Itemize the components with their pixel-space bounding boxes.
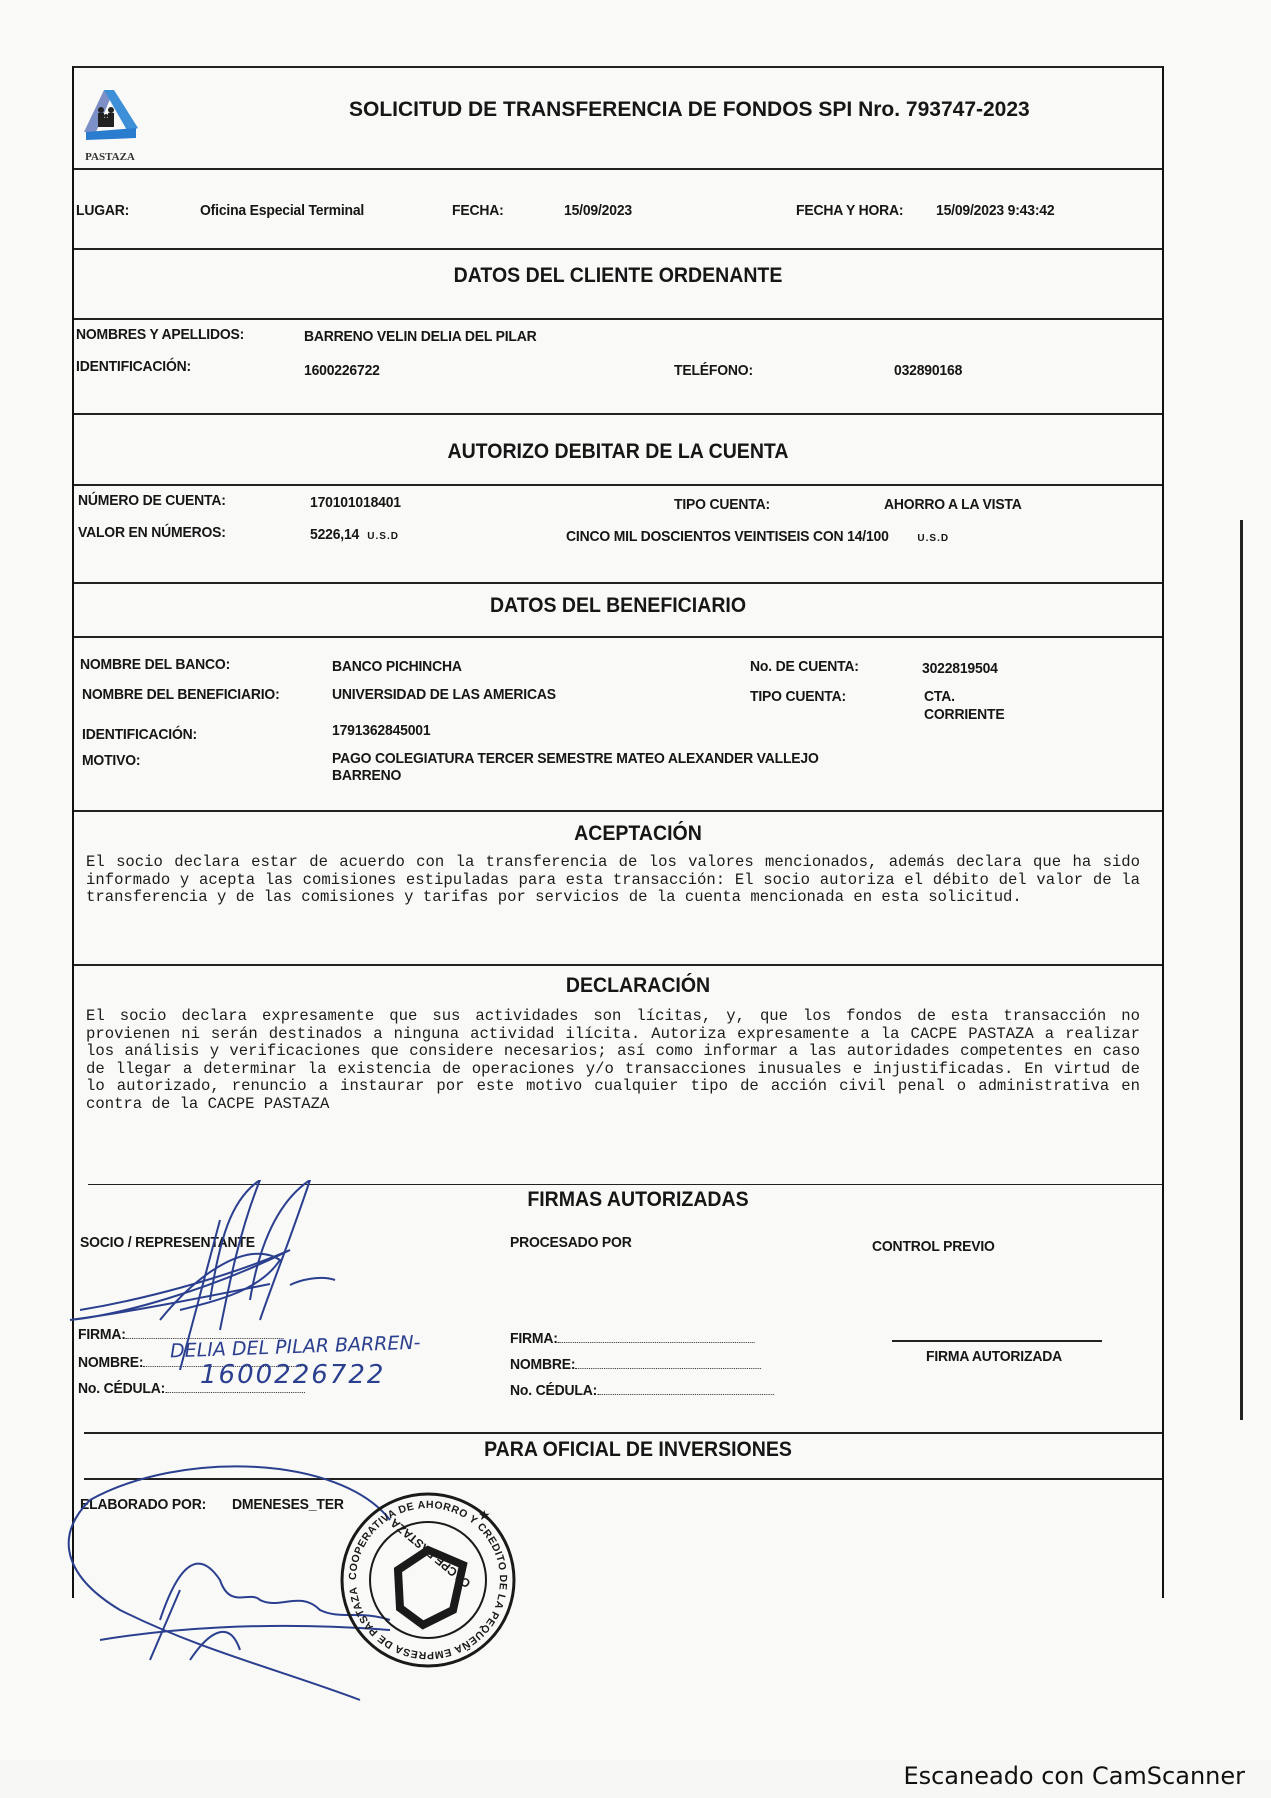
motivo-line-2: BARRENO <box>332 767 819 784</box>
valor-label: VALOR EN NÚMEROS: <box>78 524 226 541</box>
valor-value: 5226,14 <box>310 526 359 543</box>
procesado-firma-field: FIRMA: <box>510 1330 755 1347</box>
divider <box>84 1478 1162 1480</box>
nombre-label: NOMBRE: <box>510 1356 575 1373</box>
beneficiario-nombre-value: UNIVERSIDAD DE LAS AMERICAS <box>332 686 556 703</box>
cooperative-stamp-icon: COOPERATIVA DE AHORRO Y CREDITO DE LA PE… <box>338 1490 518 1670</box>
divider <box>74 318 1162 320</box>
identificacion-label: IDENTIFICACIÓN: <box>76 358 191 375</box>
numero-cuenta-value: 170101018401 <box>310 494 401 511</box>
valor-letras-value: CINCO MIL DOSCIENTOS VEINTISEIS CON 14/1… <box>566 528 889 545</box>
lugar-label: LUGAR: <box>76 202 129 219</box>
firma-line <box>558 1330 755 1343</box>
cedula-label: No. CÉDULA: <box>510 1382 597 1399</box>
aceptacion-text: El socio declara estar de acuerdo con la… <box>86 854 1140 907</box>
scanned-page: PASTAZA SOLICITUD DE TRANSFERENCIA DE FO… <box>0 0 1271 1760</box>
telefono-label: TELÉFONO: <box>674 362 753 379</box>
beneficiario-tipo-cuenta-label: TIPO CUENTA: <box>750 688 846 705</box>
section-title-debito: AUTORIZO DEBITAR DE LA CUENTA <box>112 440 1124 464</box>
section-title-beneficiario: DATOS DEL BENEFICIARIO <box>112 594 1124 618</box>
fecha-value: 15/09/2023 <box>564 202 632 219</box>
beneficiario-tipo-cuenta-value: CTA. CORRIENTE <box>924 688 1004 724</box>
procesado-nombre-field: NOMBRE: <box>510 1356 761 1373</box>
valor-amount: 5226,14 U.S.D <box>310 526 399 544</box>
svg-text:★: ★ <box>478 1507 491 1523</box>
nombre-line <box>575 1356 761 1369</box>
tipo-cuenta-label: TIPO CUENTA: <box>674 496 770 513</box>
firma-autorizada-label: FIRMA AUTORIZADA <box>926 1348 1062 1365</box>
firma-label: FIRMA: <box>78 1326 126 1343</box>
control-previo-label: CONTROL PREVIO <box>872 1238 995 1255</box>
tipo-cuenta-line-1: CTA. <box>924 688 1004 706</box>
procesado-label: PROCESADO POR <box>510 1234 632 1251</box>
beneficiario-identificacion-label: IDENTIFICACIÓN: <box>82 726 197 743</box>
identificacion-value: 1600226722 <box>304 362 380 379</box>
document-title: SOLICITUD DE TRANSFERENCIA DE FONDOS SPI… <box>349 98 1030 122</box>
divider <box>74 636 1162 638</box>
valor-currency: U.S.D <box>367 531 399 542</box>
telefono-value: 032890168 <box>894 362 962 379</box>
divider <box>74 413 1162 415</box>
divider <box>74 964 1162 966</box>
nombre-label: NOMBRE: <box>78 1354 143 1371</box>
svg-text:COOPERATIVA DE AHORRO Y CREDIT: COOPERATIVA DE AHORRO Y CREDITO DE LA PE… <box>347 1499 509 1661</box>
svg-text:PASTAZA: PASTAZA <box>85 151 135 163</box>
page-edge <box>1240 520 1243 1420</box>
section-title-declaracion: DECLARACIÓN <box>151 974 1126 998</box>
no-cuenta-value: 3022819504 <box>922 660 998 677</box>
divider <box>74 484 1162 486</box>
numero-cuenta-label: NÚMERO DE CUENTA: <box>78 492 226 509</box>
section-title-oficial: PARA OFICIAL DE INVERSIONES <box>151 1438 1126 1462</box>
cedula-label: No. CÉDULA: <box>78 1380 165 1397</box>
valor-letras-currency: U.S.D <box>917 533 949 544</box>
nombres-label: NOMBRES Y APELLIDOS: <box>76 326 244 343</box>
elaborado-label: ELABORADO POR: <box>80 1496 206 1513</box>
motivo-label: MOTIVO: <box>82 752 140 769</box>
fecha-hora-value: 15/09/2023 9:43:42 <box>936 202 1054 219</box>
firma-label: FIRMA: <box>510 1330 558 1347</box>
tipo-cuenta-line-2: CORRIENTE <box>924 706 1004 724</box>
divider <box>88 1184 1162 1185</box>
socio-label: SOCIO / REPRESENTANTE <box>80 1234 255 1251</box>
cacpe-pastaza-logo-icon: PASTAZA <box>74 82 146 168</box>
section-title-aceptacion: ACEPTACIÓN <box>151 822 1126 846</box>
banco-value: BANCO PICHINCHA <box>332 658 462 675</box>
divider <box>74 168 1162 170</box>
declaracion-text: El socio declara expresamente que sus ac… <box>86 1008 1140 1113</box>
divider <box>74 810 1162 812</box>
elaborado-value: DMENESES_TER <box>232 1496 344 1513</box>
banco-label: NOMBRE DEL BANCO: <box>80 656 230 673</box>
cedula-line <box>597 1382 774 1395</box>
valor-en-letras: CINCO MIL DOSCIENTOS VEINTISEIS CON 14/1… <box>566 528 949 546</box>
section-title-firmas: FIRMAS AUTORIZADAS <box>151 1188 1126 1212</box>
fecha-label: FECHA: <box>452 202 504 219</box>
motivo-line-1: PAGO COLEGIATURA TERCER SEMESTRE MATEO A… <box>332 750 819 767</box>
handwritten-socio-cedula: 1600226722 <box>200 1360 385 1390</box>
procesado-cedula-field: No. CÉDULA: <box>510 1382 774 1399</box>
nombres-value: BARRENO VELIN DELIA DEL PILAR <box>304 328 537 345</box>
divider <box>84 1432 1162 1434</box>
beneficiario-nombre-label: NOMBRE DEL BENEFICIARIO: <box>82 686 280 703</box>
lugar-value: Oficina Especial Terminal <box>200 202 364 219</box>
fecha-hora-label: FECHA Y HORA: <box>796 202 903 219</box>
no-cuenta-label: No. DE CUENTA: <box>750 658 859 675</box>
section-title-cliente: DATOS DEL CLIENTE ORDENANTE <box>112 264 1124 288</box>
beneficiario-identificacion-value: 1791362845001 <box>332 722 430 739</box>
firma-autorizada-line <box>892 1340 1102 1342</box>
camscanner-watermark: Escaneado con CamScanner <box>903 1762 1245 1790</box>
motivo-value: PAGO COLEGIATURA TERCER SEMESTRE MATEO A… <box>332 750 819 784</box>
divider <box>74 248 1162 250</box>
tipo-cuenta-value: AHORRO A LA VISTA <box>884 496 1022 513</box>
divider <box>74 582 1162 584</box>
